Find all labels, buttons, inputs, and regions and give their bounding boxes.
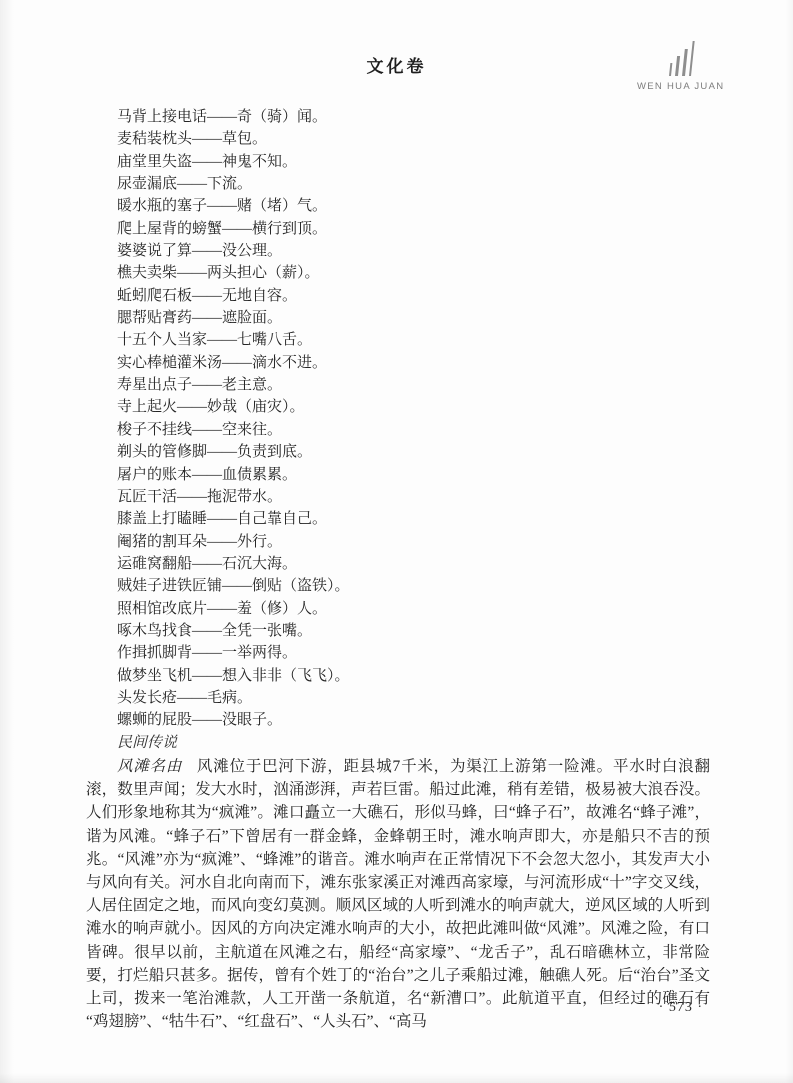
saying-line: 爬上屋背的螃蟹——横行到顶。 bbox=[117, 218, 710, 240]
saying-line: 实心棒槌灌米汤——滴水不进。 bbox=[117, 352, 710, 374]
saying-line: 暖水瓶的塞子——赌（堵）气。 bbox=[117, 195, 710, 217]
saying-line: 梭子不挂线——空来往。 bbox=[117, 419, 710, 441]
logo-caption: WEN HUA JUAN bbox=[637, 81, 713, 92]
page-number: · 573 · bbox=[659, 1000, 703, 1016]
saying-line: 马背上接电话——奇（骑）闻。 bbox=[117, 106, 710, 128]
saying-line: 屠户的账本——血债累累。 bbox=[117, 464, 710, 486]
saying-line: 蚯蚓爬石板——无地自容。 bbox=[117, 285, 710, 307]
saying-line: 腮帮贴膏药——遮脸面。 bbox=[117, 307, 710, 329]
volume-logo: WEN HUA JUAN bbox=[637, 38, 713, 92]
legend-body: 风滩位于巴河下游，距县城7千米，为渠江上游第一险滩。平水时白浪翻滚，数里声闻；发… bbox=[86, 758, 710, 1030]
section-heading: 民间传说 bbox=[117, 732, 710, 754]
sayings-list: 马背上接电话——奇（骑）闻。麦秸装枕头——草包。庙堂里失盗——神鬼不知。尿壶漏底… bbox=[117, 106, 710, 732]
legend-title: 风滩名由 bbox=[117, 758, 182, 775]
saying-line: 尿壶漏底——下流。 bbox=[117, 173, 710, 195]
saying-line: 螺蛳的屁股——没眼子。 bbox=[117, 709, 710, 731]
saying-line: 做梦坐飞机——想入非非（飞飞）。 bbox=[117, 665, 710, 687]
saying-line: 麦秸装枕头——草包。 bbox=[117, 128, 710, 150]
saying-line: 头发长疮——毛病。 bbox=[117, 687, 710, 709]
page-content: 马背上接电话——奇（骑）闻。麦秸装枕头——草包。庙堂里失盗——神鬼不知。尿壶漏底… bbox=[86, 106, 710, 1033]
saying-line: 十五个人当家——七嘴八舌。 bbox=[117, 329, 710, 351]
saying-line: 啄木鸟找食——全凭一张嘴。 bbox=[117, 620, 710, 642]
saying-line: 剃头的管修脚——负责到底。 bbox=[117, 441, 710, 463]
saying-line: 寿星出点子——老主意。 bbox=[117, 374, 710, 396]
saying-line: 瓦匠干活——拖泥带水。 bbox=[117, 486, 710, 508]
rising-bars-icon bbox=[649, 38, 715, 76]
saying-line: 阉猪的割耳朵——外行。 bbox=[117, 531, 710, 553]
saying-line: 照相馆改底片——羞（修）人。 bbox=[117, 598, 710, 620]
saying-line: 寺上起火——妙哉（庙灾）。 bbox=[117, 396, 710, 418]
saying-line: 贼娃子进铁匠铺——倒贴（盗铁）。 bbox=[117, 575, 710, 597]
saying-line: 婆婆说了算——没公理。 bbox=[117, 240, 710, 262]
saying-line: 作揖抓脚背——一举两得。 bbox=[117, 642, 710, 664]
saying-line: 樵夫卖柴——两头担心（薪）。 bbox=[117, 262, 710, 284]
legend-paragraph: 风滩名由风滩位于巴河下游，距县城7千米，为渠江上游第一险滩。平水时白浪翻滚，数里… bbox=[86, 755, 710, 1033]
saying-line: 庙堂里失盗——神鬼不知。 bbox=[117, 151, 710, 173]
book-page: 文化卷 WEN HUA JUAN 马背上接电话——奇（骑）闻。麦秸装枕头——草包… bbox=[0, 0, 793, 1083]
saying-line: 膝盖上打瞌睡——自己靠自己。 bbox=[117, 508, 710, 530]
saying-line: 运碓窝翻船——石沉大海。 bbox=[117, 553, 710, 575]
